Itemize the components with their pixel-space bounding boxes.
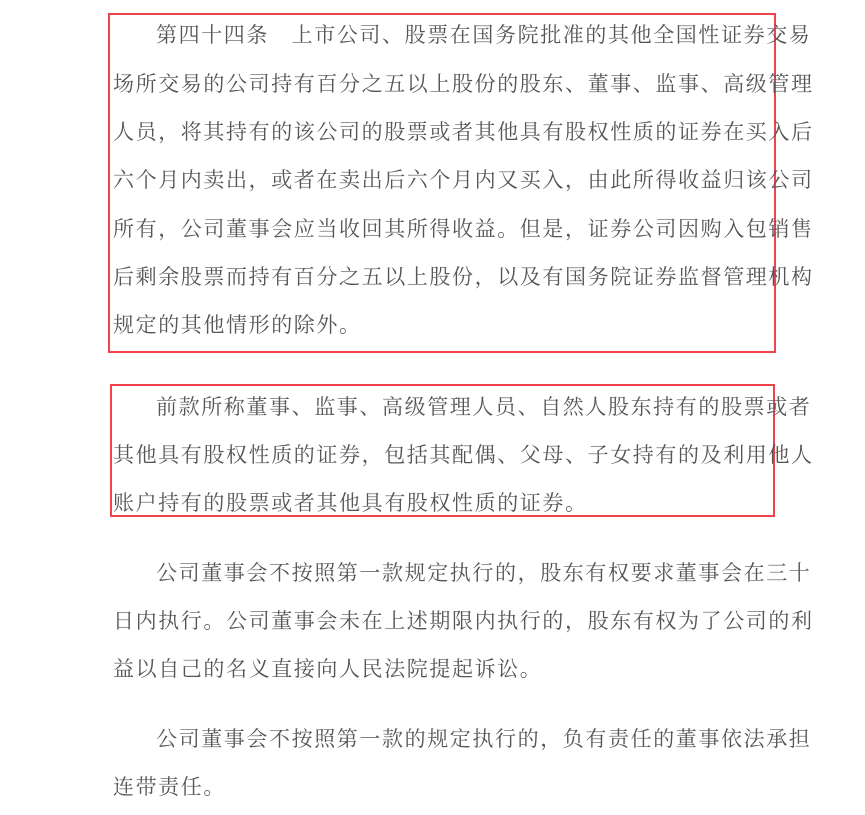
text-line: 其他具有股权性质的证券，包括其配偶、父母、子女持有的及利用他人 (113, 442, 773, 468)
text-line: 连带责任。 (113, 774, 773, 800)
text-line: 场所交易的公司持有百分之五以上股份的股东、董事、监事、高级管理 (113, 71, 773, 97)
text-line: 公司董事会不按照第一款的规定执行的，负有责任的董事依法承担 (156, 726, 773, 752)
text-line: 第四十四条 上市公司、股票在国务院批准的其他全国性证券交易 (156, 22, 773, 48)
document-page: 第四十四条 上市公司、股票在国务院批准的其他全国性证券交易 场所交易的公司持有百… (0, 0, 865, 815)
text-line: 账户持有的股票或者其他具有股权性质的证券。 (113, 490, 773, 516)
text-line: 日内执行。公司董事会未在上述期限内执行的，股东有权为了公司的利 (113, 608, 773, 634)
text-line: 后剩余股票而持有百分之五以上股份，以及有国务院证券监督管理机构 (113, 264, 773, 290)
text-line: 人员，将其持有的该公司的股票或者其他具有股权性质的证券在买入后 (113, 119, 773, 145)
text-line: 六个月内卖出，或者在卖出后六个月内又买入，由此所得收益归该公司 (113, 167, 773, 193)
text-line: 益以自己的名义直接向人民法院提起诉讼。 (113, 656, 773, 682)
text-line: 所有，公司董事会应当收回其所得收益。但是，证券公司因购入包销售 (113, 216, 773, 242)
text-line: 规定的其他情形的除外。 (113, 312, 773, 338)
text-line: 公司董事会不按照第一款规定执行的，股东有权要求董事会在三十 (156, 560, 773, 586)
text-line: 前款所称董事、监事、高级管理人员、自然人股东持有的股票或者 (156, 394, 773, 420)
